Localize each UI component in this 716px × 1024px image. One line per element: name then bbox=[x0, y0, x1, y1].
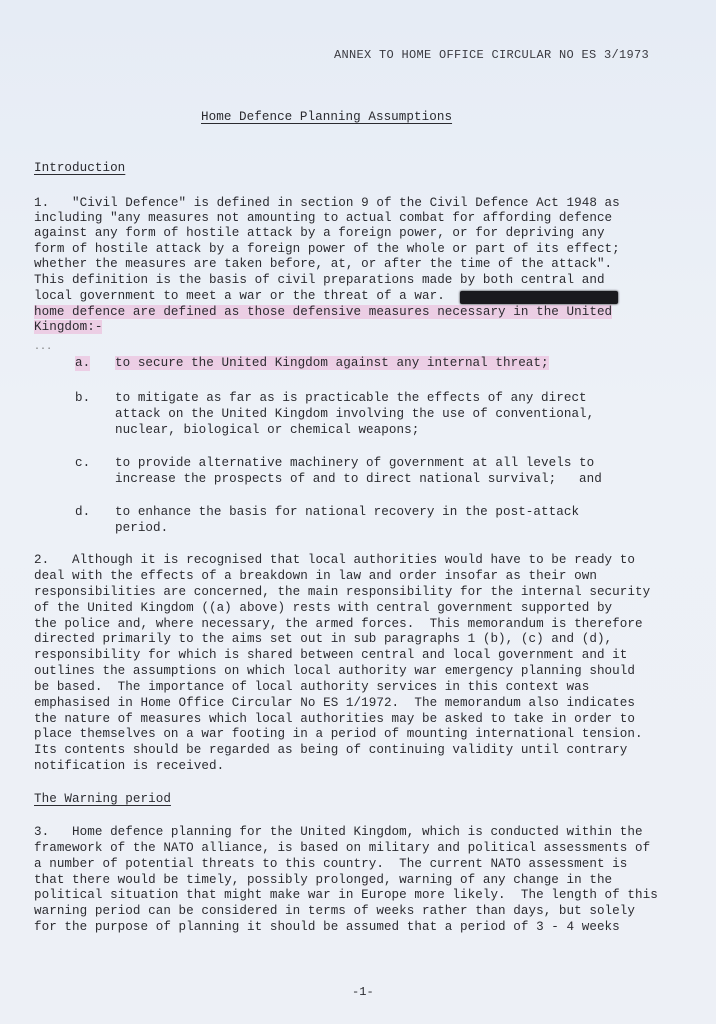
list-item-b-line: to mitigate as far as is practicable the… bbox=[115, 391, 587, 406]
list-item-label-c: c. bbox=[75, 456, 90, 471]
para2-line: responsibilities are concerned, the main… bbox=[34, 585, 650, 600]
list-item-label-b: b. bbox=[75, 391, 90, 406]
list-item-b-line: attack on the United Kingdom involving t… bbox=[115, 407, 594, 422]
para2-line: responsibility for which is shared betwe… bbox=[34, 648, 627, 663]
para3-line: for the purpose of planning it should be… bbox=[34, 920, 620, 935]
redacted-text: The current aims of bbox=[460, 291, 618, 304]
para2-line: emphasised in Home Office Circular No ES… bbox=[34, 696, 635, 711]
list-item-label-d: d. bbox=[75, 505, 90, 520]
highlighted-text: home defence are defined as those defens… bbox=[34, 305, 612, 319]
para3-line: framework of the NATO alliance, is based… bbox=[34, 841, 650, 856]
para3-line: 3. Home defence planning for the United … bbox=[34, 825, 643, 840]
para2-line: deal with the effects of a breakdown in … bbox=[34, 569, 597, 584]
para1-line: 1. "Civil Defence" is defined in section… bbox=[34, 196, 620, 211]
margin-mark: ... bbox=[34, 340, 52, 355]
para2-line: of the United Kingdom ((a) above) rests … bbox=[34, 601, 612, 616]
list-item-label-a: a. bbox=[75, 356, 90, 371]
para2-line: outlines the assumptions on which local … bbox=[34, 664, 635, 679]
list-item-d-line: period. bbox=[115, 521, 168, 536]
list-item-b-line: nuclear, biological or chemical weapons; bbox=[115, 423, 419, 438]
para3-line: warning period can be considered in term… bbox=[34, 904, 635, 919]
highlighted-text: to secure the United Kingdom against any… bbox=[115, 356, 549, 370]
para1-line: including "any measures not amounting to… bbox=[34, 211, 612, 226]
para1-line-text: local government to meet a war or the th… bbox=[34, 289, 445, 303]
para1-line: This definition is the basis of civil pr… bbox=[34, 273, 605, 288]
para1-line-with-redaction: local government to meet a war or the th… bbox=[34, 289, 618, 304]
document-page: ANNEX TO HOME OFFICE CIRCULAR NO ES 3/19… bbox=[0, 0, 716, 1024]
list-item-c-line: increase the prospects of and to direct … bbox=[115, 472, 602, 487]
para2-line: place themselves on a war footing in a p… bbox=[34, 727, 643, 742]
document-title: Home Defence Planning Assumptions bbox=[201, 110, 452, 125]
para2-line: 2. Although it is recognised that local … bbox=[34, 553, 635, 568]
annex-header: ANNEX TO HOME OFFICE CIRCULAR NO ES 3/19… bbox=[334, 48, 649, 63]
para2-line: directed primarily to the aims set out i… bbox=[34, 632, 612, 647]
para1-highlight-line: Kingdom:- bbox=[34, 320, 102, 335]
para1-line: form of hostile attack by a foreign powe… bbox=[34, 242, 620, 257]
list-item-c-line: to provide alternative machinery of gove… bbox=[115, 456, 594, 471]
para3-line: political situation that might make war … bbox=[34, 888, 658, 903]
para2-line: the police and, where necessary, the arm… bbox=[34, 617, 643, 632]
para1-highlight-line: home defence are defined as those defens… bbox=[34, 305, 612, 320]
section-heading-warning-period: The Warning period bbox=[34, 792, 171, 807]
para2-line: Its contents should be regarded as being… bbox=[34, 743, 627, 758]
para1-line: against any form of hostile attack by a … bbox=[34, 226, 605, 241]
list-item-a: to secure the United Kingdom against any… bbox=[115, 356, 549, 371]
para2-line: notification is received. bbox=[34, 759, 224, 774]
list-item-d-line: to enhance the basis for national recove… bbox=[115, 505, 579, 520]
para1-line: whether the measures are taken before, a… bbox=[34, 257, 612, 272]
para2-line: the nature of measures which local autho… bbox=[34, 712, 635, 727]
page-number: -1- bbox=[352, 985, 374, 1000]
highlighted-text: Kingdom:- bbox=[34, 320, 102, 334]
para2-line: be based. The importance of local author… bbox=[34, 680, 589, 695]
section-heading-introduction: Introduction bbox=[34, 161, 125, 176]
para3-line: that there would be timely, possibly pro… bbox=[34, 873, 612, 888]
para3-line: a number of potential threats to this co… bbox=[34, 857, 627, 872]
